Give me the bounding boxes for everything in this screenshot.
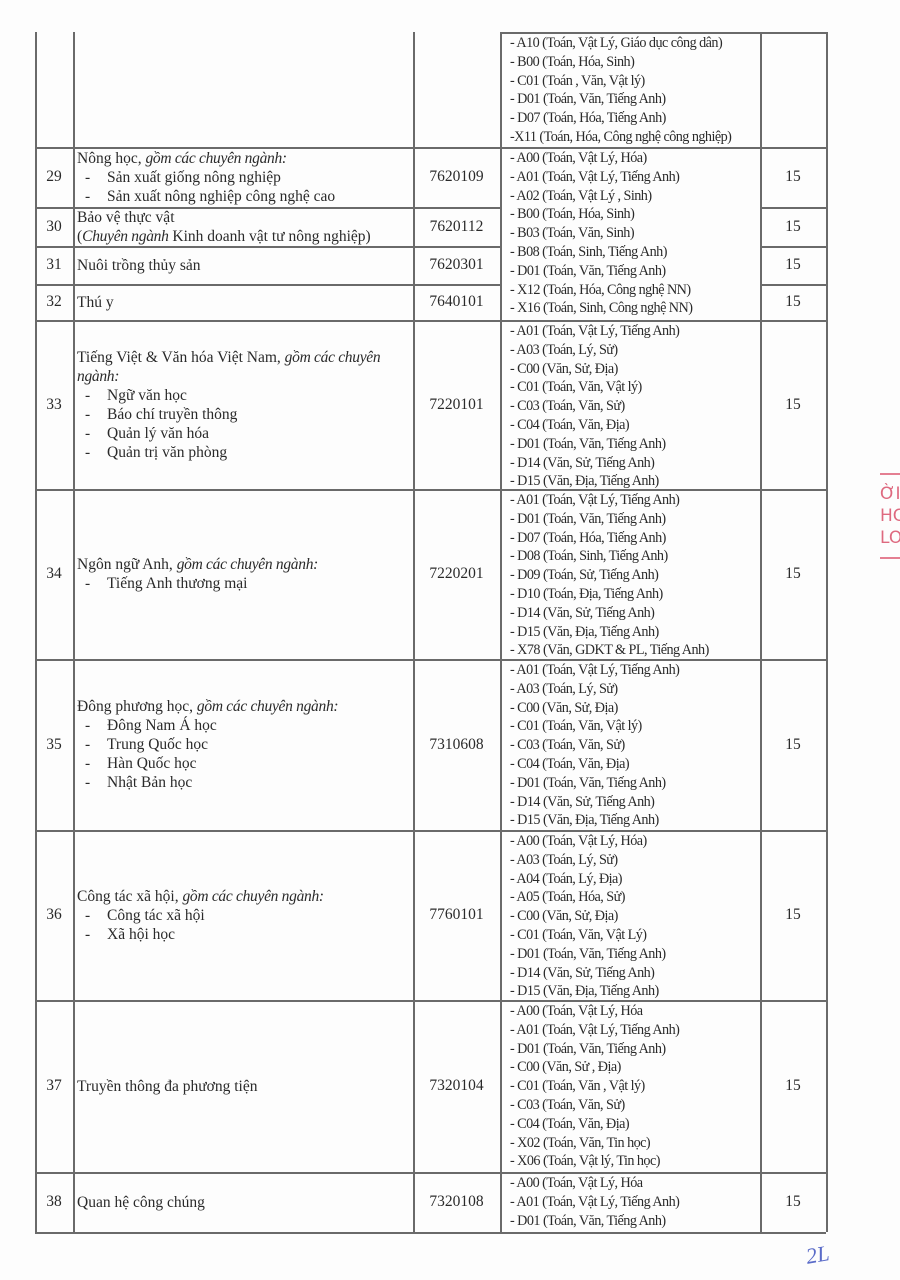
- major-name: Thú y: [73, 284, 413, 320]
- combo-item: - A01 (Toán, Vật Lý, Tiếng Anh): [510, 661, 679, 680]
- combo-item: - D01 (Toán, Văn, Tiếng Anh): [510, 435, 679, 454]
- major-name: Ngôn ngữ Anh, gồm các chuyên ngành:-Tiến…: [73, 489, 413, 659]
- combo-item: - A01 (Toán, Vật Lý, Tiếng Anh): [510, 1021, 679, 1040]
- combo-item: - D01 (Toán, Văn, Tiếng Anh): [510, 945, 666, 964]
- admission-combos-list: - A01 (Toán, Vật Lý, Tiếng Anh)- D01 (To…: [510, 491, 709, 660]
- combo-item: - D01 (Toán, Văn, Tiếng Anh): [510, 1212, 679, 1231]
- combo-item: - C00 (Văn, Sử , Địa): [510, 1058, 679, 1077]
- bullet-dash: -: [85, 754, 107, 773]
- major-name-text: Bảo vệ thực vật(Chuyên ngành Kinh doanh …: [77, 208, 371, 246]
- row-number: 35: [35, 659, 73, 830]
- bullet-dash: -: [85, 424, 107, 443]
- combo-item: - D14 (Văn, Sử, Tiếng Anh): [510, 604, 709, 623]
- major-code: 7760101: [413, 830, 500, 1000]
- major-name: Truyền thông đa phương tiện: [73, 1000, 413, 1172]
- row-number: 36: [35, 830, 73, 1000]
- specialization-item: -Đông Nam Á học: [77, 716, 338, 735]
- combo-item: - B08 (Toán, Sinh, Tiếng Anh): [510, 243, 692, 262]
- row-number: 30: [35, 207, 73, 246]
- specialization-item: -Nhật Bản học: [77, 773, 338, 792]
- admission-combos-list: - A00 (Toán, Vật Lý, Hóa)- A01 (Toán, Vậ…: [510, 149, 692, 318]
- combo-item: - X02 (Toán, Văn, Tin học): [510, 1134, 679, 1153]
- major-title-note: gồm các chuyên ngành:: [197, 698, 338, 715]
- major-title-note: gồm các chuyên ngành:: [177, 556, 318, 573]
- major-name: Nuôi trồng thủy sản: [73, 246, 413, 284]
- combo-item: - C03 (Toán, Văn, Sử): [510, 1096, 679, 1115]
- major-name: Tiếng Việt & Văn hóa Việt Nam, gồm các c…: [73, 320, 413, 489]
- combo-item: - D01 (Toán, Văn, Tiếng Anh): [510, 90, 731, 109]
- specialization-name: Sản xuất giống nông nghiệp: [107, 169, 281, 186]
- red-stamp-fragment: ỜI HO LO: [880, 465, 900, 567]
- combo-item: - D01 (Toán, Văn, Tiếng Anh): [510, 262, 692, 281]
- row-number: 37: [35, 1000, 73, 1172]
- major-title-note: gồm các chuyên ngành:: [145, 150, 286, 167]
- major-code: 7220101: [413, 320, 500, 489]
- specialization-name: Ngữ văn học: [107, 387, 187, 404]
- combo-item: - A01 (Toán, Vật Lý, Tiếng Anh): [510, 491, 709, 510]
- major-name: Nông học, gồm các chuyên ngành:-Sản xuất…: [73, 147, 413, 207]
- combo-item: - D14 (Văn, Sử, Tiếng Anh): [510, 793, 679, 812]
- combo-item: - C00 (Văn, Sử, Địa): [510, 360, 679, 379]
- major-name-text: Tiếng Việt & Văn hóa Việt Nam, gồm các c…: [77, 348, 413, 462]
- bullet-dash: -: [85, 716, 107, 735]
- bullet-dash: -: [85, 906, 107, 925]
- combo-item: - C04 (Toán, Văn, Địa): [510, 416, 679, 435]
- specialization-name: Đông Nam Á học: [107, 717, 217, 734]
- combo-item: - A01 (Toán, Vật Lý, Tiếng Anh): [510, 1193, 679, 1212]
- enrollment-quota: 15: [760, 1000, 826, 1172]
- major-code: 7620109: [413, 147, 500, 207]
- specialization-name: Trung Quốc học: [107, 736, 208, 753]
- combo-item: - A04 (Toán, Lý, Địa): [510, 870, 666, 889]
- specialization-name: Xã hội học: [107, 926, 175, 943]
- bullet-dash: -: [85, 773, 107, 792]
- major-title-main: Đông phương học,: [77, 698, 193, 715]
- major-title: Truyền thông đa phương tiện: [77, 1078, 258, 1095]
- major-name-text: Nuôi trồng thủy sản: [77, 256, 201, 275]
- specialization-name: Quản lý văn hóa: [107, 425, 209, 442]
- major-name-text: Quan hệ công chúng: [77, 1193, 205, 1212]
- combo-item: - D07 (Toán, Hóa, Tiếng Anh): [510, 529, 709, 548]
- bullet-dash: -: [85, 735, 107, 754]
- major-name: Quan hệ công chúng: [73, 1172, 413, 1232]
- admission-combos-list: - A01 (Toán, Vật Lý, Tiếng Anh)- A03 (To…: [510, 661, 679, 830]
- combo-item: - A02 (Toán, Vật Lý , Sinh): [510, 187, 692, 206]
- enrollment-quota: 15: [760, 284, 826, 320]
- specialization-name: Công tác xã hội: [107, 907, 205, 924]
- major-title: Nuôi trồng thủy sản: [77, 257, 201, 274]
- major-name-text: Công tác xã hội, gồm các chuyên ngành:-C…: [77, 887, 324, 944]
- enrollment-quota: 15: [760, 489, 826, 659]
- major-title-main: Nông học,: [77, 150, 142, 167]
- combo-item: - A00 (Toán, Vật Lý, Hóa: [510, 1002, 679, 1021]
- stamp-line: [880, 473, 900, 475]
- major-name: Bảo vệ thực vật(Chuyên ngành Kinh doanh …: [73, 207, 413, 246]
- row-number: 34: [35, 489, 73, 659]
- enrollment-quota: 15: [760, 320, 826, 489]
- bullet-dash: -: [85, 925, 107, 944]
- major-title-main: Quan hệ công chúng: [77, 1194, 205, 1211]
- combo-item: - D10 (Toán, Địa, Tiếng Anh): [510, 585, 709, 604]
- combo-item: - X06 (Toán, Vật lý, Tin học): [510, 1152, 679, 1171]
- combo-item: - D15 (Văn, Địa, Tiếng Anh): [510, 623, 709, 642]
- specialization-item: -Tiếng Anh thương mại: [77, 574, 318, 593]
- combo-item: - D08 (Toán, Sinh, Tiếng Anh): [510, 547, 709, 566]
- major-title: Đông phương học, gồm các chuyên ngành:: [77, 698, 338, 715]
- table-vertical-rule: [826, 32, 828, 1232]
- specialization-item: -Báo chí truyền thông: [77, 405, 413, 424]
- bullet-dash: -: [85, 386, 107, 405]
- major-title: Ngôn ngữ Anh, gồm các chuyên ngành:: [77, 556, 318, 573]
- enrollment-quota: 15: [760, 830, 826, 1000]
- specialization-item: -Hàn Quốc học: [77, 754, 338, 773]
- major-code: 7320104: [413, 1000, 500, 1172]
- combo-item: - C00 (Văn, Sử, Địa): [510, 699, 679, 718]
- specialization-item: -Sản xuất nông nghiệp công nghệ cao: [77, 187, 335, 206]
- admission-combos-list: - A00 (Toán, Vật Lý, Hóa)- A03 (Toán, Lý…: [510, 832, 666, 1001]
- major-code: 7320108: [413, 1172, 500, 1232]
- specialization-name: Kinh doanh vật tư nông nghiệp): [169, 228, 371, 245]
- admission-combos-list: - A10 (Toán, Vật Lý, Giáo dục công dân)-…: [510, 34, 731, 147]
- specialization-item: -Trung Quốc học: [77, 735, 338, 754]
- major-name-text: Nông học, gồm các chuyên ngành:-Sản xuất…: [77, 149, 335, 206]
- specialization-item: -Sản xuất giống nông nghiệp: [77, 168, 335, 187]
- combo-item: - D01 (Toán, Văn, Tiếng Anh): [510, 1040, 679, 1059]
- combo-item: - C04 (Toán, Văn, Địa): [510, 755, 679, 774]
- combo-item: - A03 (Toán, Lý, Sử): [510, 680, 679, 699]
- major-name-text: Truyền thông đa phương tiện: [77, 1077, 258, 1096]
- combo-item: - C01 (Toán, Văn, Vật lý): [510, 378, 679, 397]
- combo-item: - D15 (Văn, Địa, Tiếng Anh): [510, 982, 666, 1001]
- row-number: 38: [35, 1172, 73, 1232]
- row-number: 29: [35, 147, 73, 207]
- specialization-name: Báo chí truyền thông: [107, 406, 237, 423]
- major-name: Đông phương học, gồm các chuyên ngành:-Đ…: [73, 659, 413, 830]
- major-code: 7220201: [413, 489, 500, 659]
- major-code: 7620301: [413, 246, 500, 284]
- combo-item: - X78 (Văn, GDKT & PL, Tiếng Anh): [510, 641, 709, 660]
- major-code: 7640101: [413, 284, 500, 320]
- table-horizontal-rule: [35, 1232, 826, 1234]
- combo-item: - C01 (Toán, Văn, Vật lý): [510, 717, 679, 736]
- major-name: Công tác xã hội, gồm các chuyên ngành:-C…: [73, 830, 413, 1000]
- major-title: Thú y: [77, 294, 114, 311]
- combo-item: - D14 (Văn, Sử, Tiếng Anh): [510, 964, 666, 983]
- specialization-name: Sản xuất nông nghiệp công nghệ cao: [107, 188, 335, 205]
- combo-item: - A10 (Toán, Vật Lý, Giáo dục công dân): [510, 34, 731, 53]
- combo-item: - C00 (Văn, Sử, Địa): [510, 907, 666, 926]
- major-title-main: Công tác xã hội,: [77, 888, 179, 905]
- major-title: Quan hệ công chúng: [77, 1194, 205, 1211]
- stamp-line: [880, 557, 900, 559]
- major-title-note: gồm các chuyên ngành:: [182, 888, 323, 905]
- combo-item: - C01 (Toán, Văn , Vật lý): [510, 1077, 679, 1096]
- major-title-main: Tiếng Việt & Văn hóa Việt Nam,: [77, 349, 281, 366]
- row-number: 32: [35, 284, 73, 320]
- enrollment-quota: 15: [760, 1172, 826, 1232]
- major-name-text: Ngôn ngữ Anh, gồm các chuyên ngành:-Tiến…: [77, 555, 318, 593]
- combo-item: - D14 (Văn, Sử, Tiếng Anh): [510, 454, 679, 473]
- major-title-main: Bảo vệ thực vật: [77, 209, 175, 226]
- bullet-dash: -: [85, 574, 107, 593]
- combo-item: - A00 (Toán, Vật Lý, Hóa: [510, 1174, 679, 1193]
- specialization-item: -Quản lý văn hóa: [77, 424, 413, 443]
- major-title: Tiếng Việt & Văn hóa Việt Nam, gồm các c…: [77, 349, 380, 385]
- major-title: Bảo vệ thực vật: [77, 209, 175, 226]
- combo-item: - D01 (Toán, Văn, Tiếng Anh): [510, 774, 679, 793]
- row-number: 31: [35, 246, 73, 284]
- major-title-main: Truyền thông đa phương tiện: [77, 1078, 258, 1095]
- specialization-label: Chuyên ngành: [82, 228, 168, 245]
- stamp-text-2: HO: [880, 505, 900, 527]
- combo-item: - C04 (Toán, Văn, Địa): [510, 1115, 679, 1134]
- specialization-item: -Ngữ văn học: [77, 386, 413, 405]
- major-title-main: Thú y: [77, 294, 114, 311]
- specialization-item: -Công tác xã hội: [77, 906, 324, 925]
- major-name-text: Thú y: [77, 293, 114, 312]
- combo-item: - D15 (Văn, Địa, Tiếng Anh): [510, 472, 679, 491]
- document-page: - A10 (Toán, Vật Lý, Giáo dục công dân)-…: [0, 0, 900, 1280]
- stamp-text-3: LO: [880, 527, 900, 549]
- combo-item: - A01 (Toán, Vật Lý, Tiếng Anh): [510, 168, 692, 187]
- major-title-main: Nuôi trồng thủy sản: [77, 257, 201, 274]
- specialization-name: Hàn Quốc học: [107, 755, 197, 772]
- combo-item: -X11 (Toán, Hóa, Công nghệ công nghiệp): [510, 128, 731, 147]
- page-signature: 2L: [804, 1240, 831, 1270]
- combo-item: - B00 (Toán, Hóa, Sinh): [510, 53, 731, 72]
- admission-combos-list: - A01 (Toán, Vật Lý, Tiếng Anh)- A03 (To…: [510, 322, 679, 491]
- enrollment-quota: 15: [760, 659, 826, 830]
- combo-item: - D09 (Toán, Sử, Tiếng Anh): [510, 566, 709, 585]
- combo-item: - B03 (Toán, Văn, Sinh): [510, 224, 692, 243]
- bullet-dash: -: [85, 168, 107, 187]
- enrollment-quota: 15: [760, 246, 826, 284]
- specialization-name: Tiếng Anh thương mại: [107, 575, 247, 592]
- row-number: 33: [35, 320, 73, 489]
- major-code: 7620112: [413, 207, 500, 246]
- combo-item: - C03 (Toán, Văn, Sử): [510, 736, 679, 755]
- admission-combos-list: - A00 (Toán, Vật Lý, Hóa- A01 (Toán, Vật…: [510, 1002, 679, 1171]
- combo-item: - X12 (Toán, Hóa, Công nghệ NN): [510, 281, 692, 300]
- combo-item: - A01 (Toán, Vật Lý, Tiếng Anh): [510, 322, 679, 341]
- combo-item: - A00 (Toán, Vật Lý, Hóa): [510, 832, 666, 851]
- major-specialization-line: (Chuyên ngành Kinh doanh vật tư nông ngh…: [77, 227, 371, 246]
- bullet-dash: -: [85, 405, 107, 424]
- bullet-dash: -: [85, 443, 107, 462]
- combo-item: - C01 (Toán, Văn, Vật Lý): [510, 926, 666, 945]
- combo-item: - D07 (Toán, Hóa, Tiếng Anh): [510, 109, 731, 128]
- combo-item: - A03 (Toán, Lý, Sử): [510, 341, 679, 360]
- specialization-item: -Quản trị văn phòng: [77, 443, 413, 462]
- specialization-item: -Xã hội học: [77, 925, 324, 944]
- specialization-name: Nhật Bản học: [107, 774, 192, 791]
- combo-item: - A03 (Toán, Lý, Sử): [510, 851, 666, 870]
- major-title: Công tác xã hội, gồm các chuyên ngành:: [77, 888, 324, 905]
- major-code: 7310608: [413, 659, 500, 830]
- major-title-main: Ngôn ngữ Anh,: [77, 556, 173, 573]
- enrollment-quota: 15: [760, 147, 826, 207]
- admission-combos-list: - A00 (Toán, Vật Lý, Hóa- A01 (Toán, Vật…: [510, 1174, 679, 1230]
- enrollment-quota: 15: [760, 207, 826, 246]
- combo-item: - C01 (Toán , Văn, Vật lý): [510, 72, 731, 91]
- combo-item: - X16 (Toán, Sinh, Công nghệ NN): [510, 299, 692, 318]
- specialization-name: Quản trị văn phòng: [107, 444, 227, 461]
- major-title: Nông học, gồm các chuyên ngành:: [77, 150, 287, 167]
- combo-item: - A05 (Toán, Hóa, Sử): [510, 888, 666, 907]
- table-vertical-rule: [500, 32, 502, 1232]
- combo-item: - D15 (Văn, Địa, Tiếng Anh): [510, 811, 679, 830]
- combo-item: - A00 (Toán, Vật Lý, Hóa): [510, 149, 692, 168]
- major-name-text: Đông phương học, gồm các chuyên ngành:-Đ…: [77, 697, 338, 792]
- bullet-dash: -: [85, 187, 107, 206]
- combo-item: - B00 (Toán, Hóa, Sinh): [510, 205, 692, 224]
- stamp-text-1: ỜI: [880, 483, 900, 505]
- combo-item: - C03 (Toán, Văn, Sử): [510, 397, 679, 416]
- combo-item: - D01 (Toán, Văn, Tiếng Anh): [510, 510, 709, 529]
